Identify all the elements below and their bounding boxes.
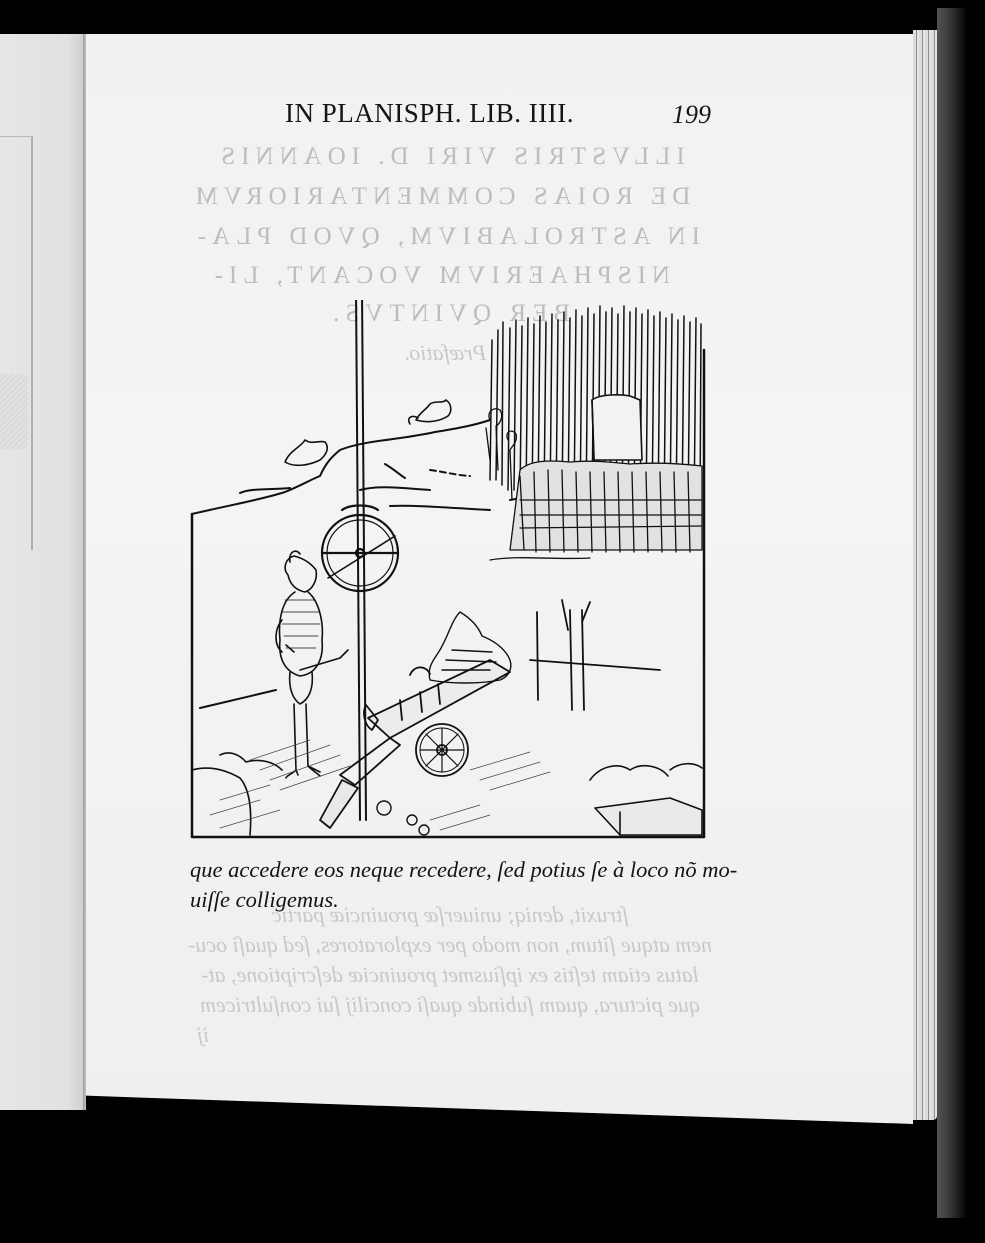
astrolabe (322, 506, 398, 592)
running-head: IN PLANISPH. LIB. IIII. (285, 98, 574, 129)
caption-line-2: uiſſe colligemus. (190, 885, 730, 915)
ground-hatching (210, 740, 550, 830)
astrolabe-staff (353, 300, 366, 820)
left-page (0, 34, 84, 1110)
show-through-title-line: NISPHAERIVM VOCANT, LI- (230, 262, 670, 290)
tower (592, 395, 642, 460)
soldier-figure (200, 551, 348, 778)
left-page-illustration-hatching (0, 374, 28, 449)
hill-contours (192, 420, 570, 515)
shrubbery (285, 400, 451, 465)
page-fore-edges (913, 30, 937, 1120)
page-number: 199 (672, 100, 711, 130)
foreground-rocks (192, 753, 702, 835)
show-through-body-line: nem atque ſitum, non modo per explorator… (180, 932, 720, 958)
show-through-title-line: IN ASTROLABIVM, QVOD PLA- (210, 223, 700, 251)
fence-post (530, 600, 660, 710)
left-page-illustration-frame (0, 136, 33, 550)
cannon (320, 660, 510, 828)
woodcut-illustration (190, 300, 706, 840)
book-gutter (83, 34, 86, 1110)
binding-shadow (937, 8, 967, 1218)
caption: que accedere eos neque recedere, ſed pot… (190, 855, 730, 915)
show-through-body-line: que pictura, quam ſubinde quaſi concilij… (180, 992, 720, 1018)
show-through-title-line: DE ROIAS COMMENTARIORVM (180, 183, 700, 211)
show-through-signature: ij (188, 1022, 218, 1048)
caption-line-1: que accedere eos neque recedere, ſed pot… (190, 855, 730, 885)
show-through-title-line: ILLVSTRIS VIRI D. IOANNIS (180, 143, 720, 171)
show-through-body-line: latus etiam teſtis ex ipſiusmet prouinci… (180, 962, 720, 988)
cannon-balls (377, 801, 429, 835)
